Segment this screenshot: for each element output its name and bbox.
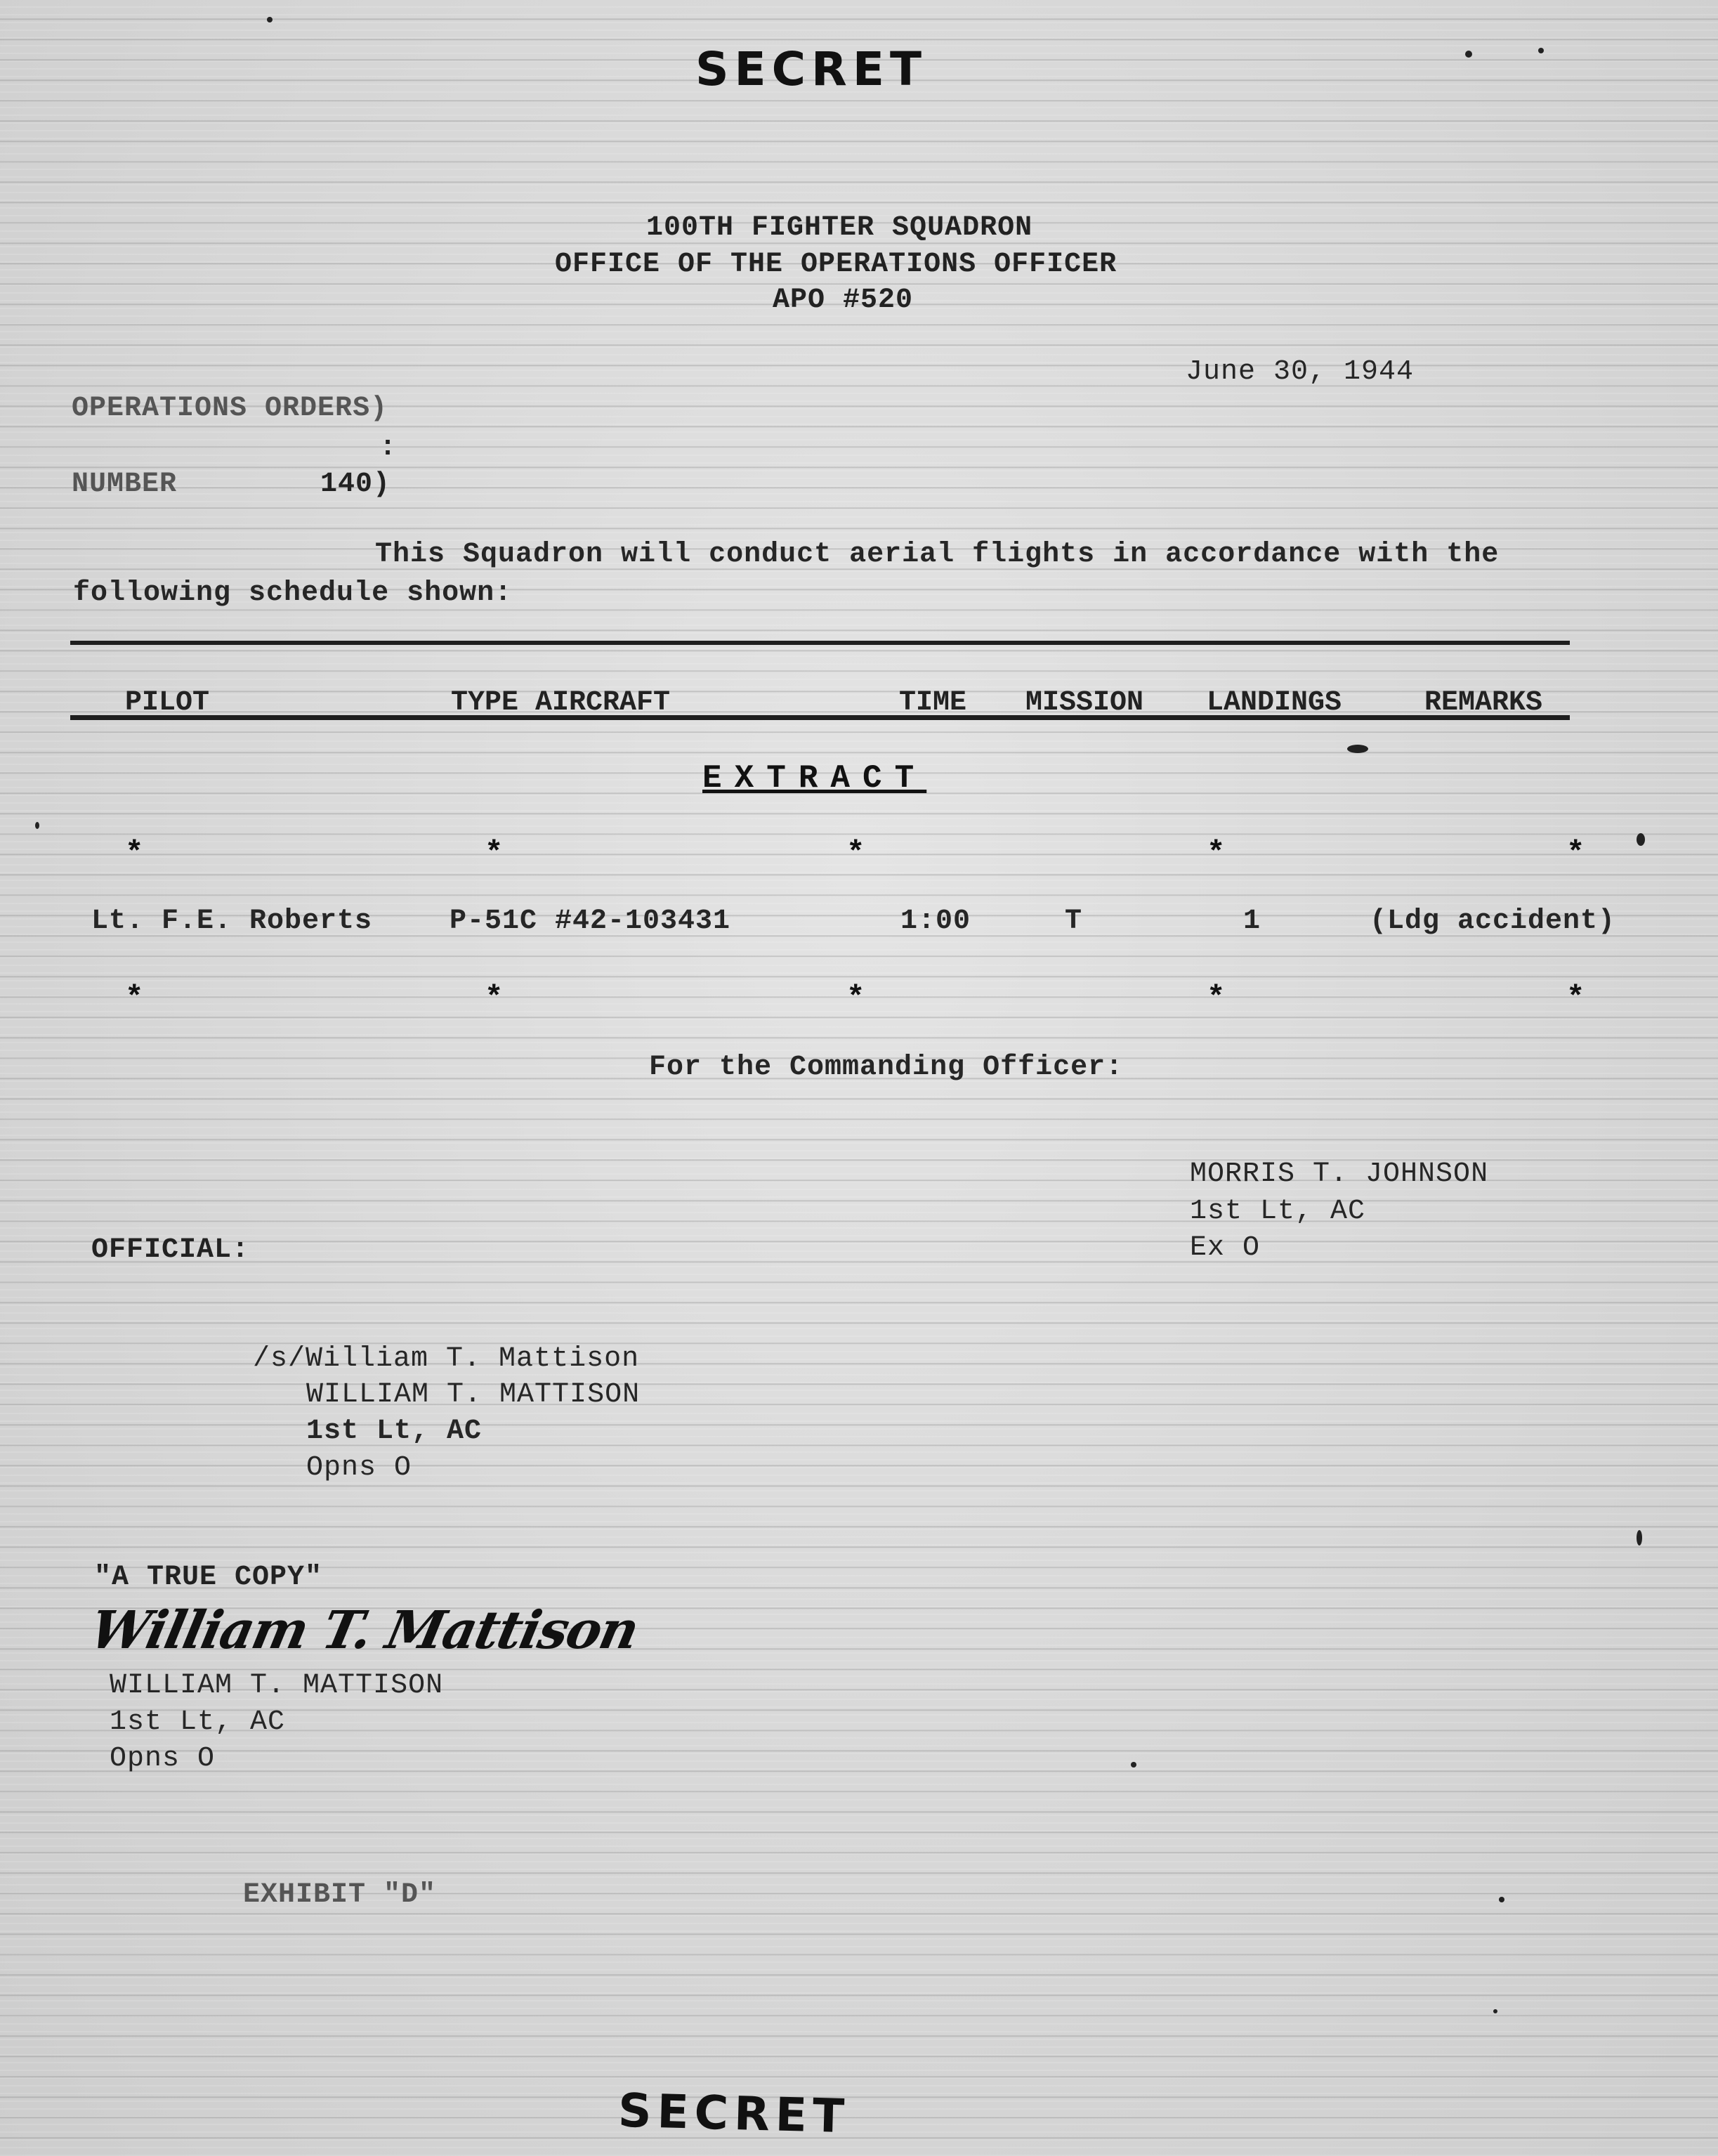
- extract-label: EXTRACT: [702, 760, 926, 797]
- for-commanding-officer: For the Commanding Officer:: [649, 1054, 1123, 1082]
- column-header-pilot: PILOT: [125, 687, 209, 719]
- official-title: Opns O: [306, 1454, 412, 1482]
- classification-marking-bottom: SECRET: [617, 2084, 851, 2144]
- separator-asterisk: *: [846, 836, 865, 871]
- official-label: OFFICIAL:: [91, 1236, 249, 1265]
- cell-landings: 1: [1243, 908, 1261, 936]
- column-header-time: TIME: [899, 687, 966, 719]
- separator-asterisk: *: [1207, 981, 1225, 1016]
- true-copy-name: WILLIAM T. MATTISON: [110, 1672, 443, 1700]
- separator-asterisk: *: [1207, 836, 1225, 871]
- exhibit-label: EXHIBIT "D": [243, 1881, 436, 1909]
- intro-line-1: This Squadron will conduct aerial flight…: [375, 541, 1499, 569]
- official-name: WILLIAM T. MATTISON: [306, 1381, 640, 1409]
- scan-speck: [1465, 51, 1472, 58]
- scan-speck: [35, 822, 39, 829]
- commander-rank: 1st Lt, AC: [1190, 1198, 1365, 1226]
- scan-speck: [1499, 1897, 1504, 1902]
- separator-asterisk: *: [846, 981, 865, 1016]
- cell-time: 1:00: [900, 908, 971, 936]
- commander-title: Ex O: [1190, 1234, 1260, 1262]
- true-copy-rank: 1st Lt, AC: [110, 1709, 285, 1737]
- column-header-landings: LANDINGS: [1207, 687, 1342, 719]
- scan-speck: [1538, 48, 1544, 53]
- order-number: 140): [320, 471, 391, 499]
- column-header-remarks: REMARKS: [1424, 687, 1542, 719]
- separator-asterisk: *: [485, 981, 503, 1016]
- scan-speck: [1637, 1530, 1642, 1546]
- official-signed: /s/William T. Mattison: [253, 1345, 639, 1373]
- scan-speck: [1637, 833, 1645, 846]
- separator-asterisk: *: [1566, 981, 1585, 1016]
- cell-mission: T: [1065, 908, 1082, 936]
- letterhead-office: OFFICE OF THE OPERATIONS OFFICER: [555, 251, 1117, 279]
- scan-speck: [1493, 2009, 1497, 2013]
- intro-line-2: following schedule shown:: [73, 580, 512, 608]
- scan-speck: [1347, 745, 1368, 753]
- scan-speck: [267, 17, 273, 22]
- order-colon: :: [379, 434, 397, 462]
- separator-asterisk: *: [125, 836, 143, 871]
- cell-aircraft: P-51C #42-103431: [450, 908, 730, 936]
- order-label: OPERATIONS ORDERS): [72, 395, 388, 423]
- commander-name: MORRIS T. JOHNSON: [1190, 1161, 1488, 1189]
- column-header-type-aircraft: TYPE AIRCRAFT: [451, 687, 670, 719]
- cell-pilot: Lt. F.E. Roberts: [91, 908, 372, 936]
- true-copy-title: Opns O: [110, 1745, 215, 1773]
- header-underline: [70, 715, 1570, 720]
- scan-speck: [1131, 1762, 1136, 1768]
- classification-marking-top: SECRET: [695, 42, 927, 96]
- order-number-label: NUMBER: [72, 471, 177, 499]
- official-rank: 1st Lt, AC: [306, 1418, 482, 1446]
- column-header-mission: MISSION: [1025, 687, 1143, 719]
- letterhead-unit: 100TH FIGHTER SQUADRON: [646, 214, 1032, 242]
- true-copy-label: "A TRUE COPY": [94, 1564, 322, 1592]
- table-top-rule: [70, 641, 1570, 645]
- separator-asterisk: *: [125, 981, 143, 1016]
- cell-remarks: (Ldg accident): [1370, 908, 1615, 936]
- document-date: June 30, 1944: [1186, 358, 1414, 386]
- separator-asterisk: *: [485, 836, 503, 871]
- separator-asterisk: *: [1566, 836, 1585, 871]
- letterhead-apo: APO #520: [773, 287, 913, 315]
- handwritten-signature: William T. Mattison: [85, 1600, 643, 1661]
